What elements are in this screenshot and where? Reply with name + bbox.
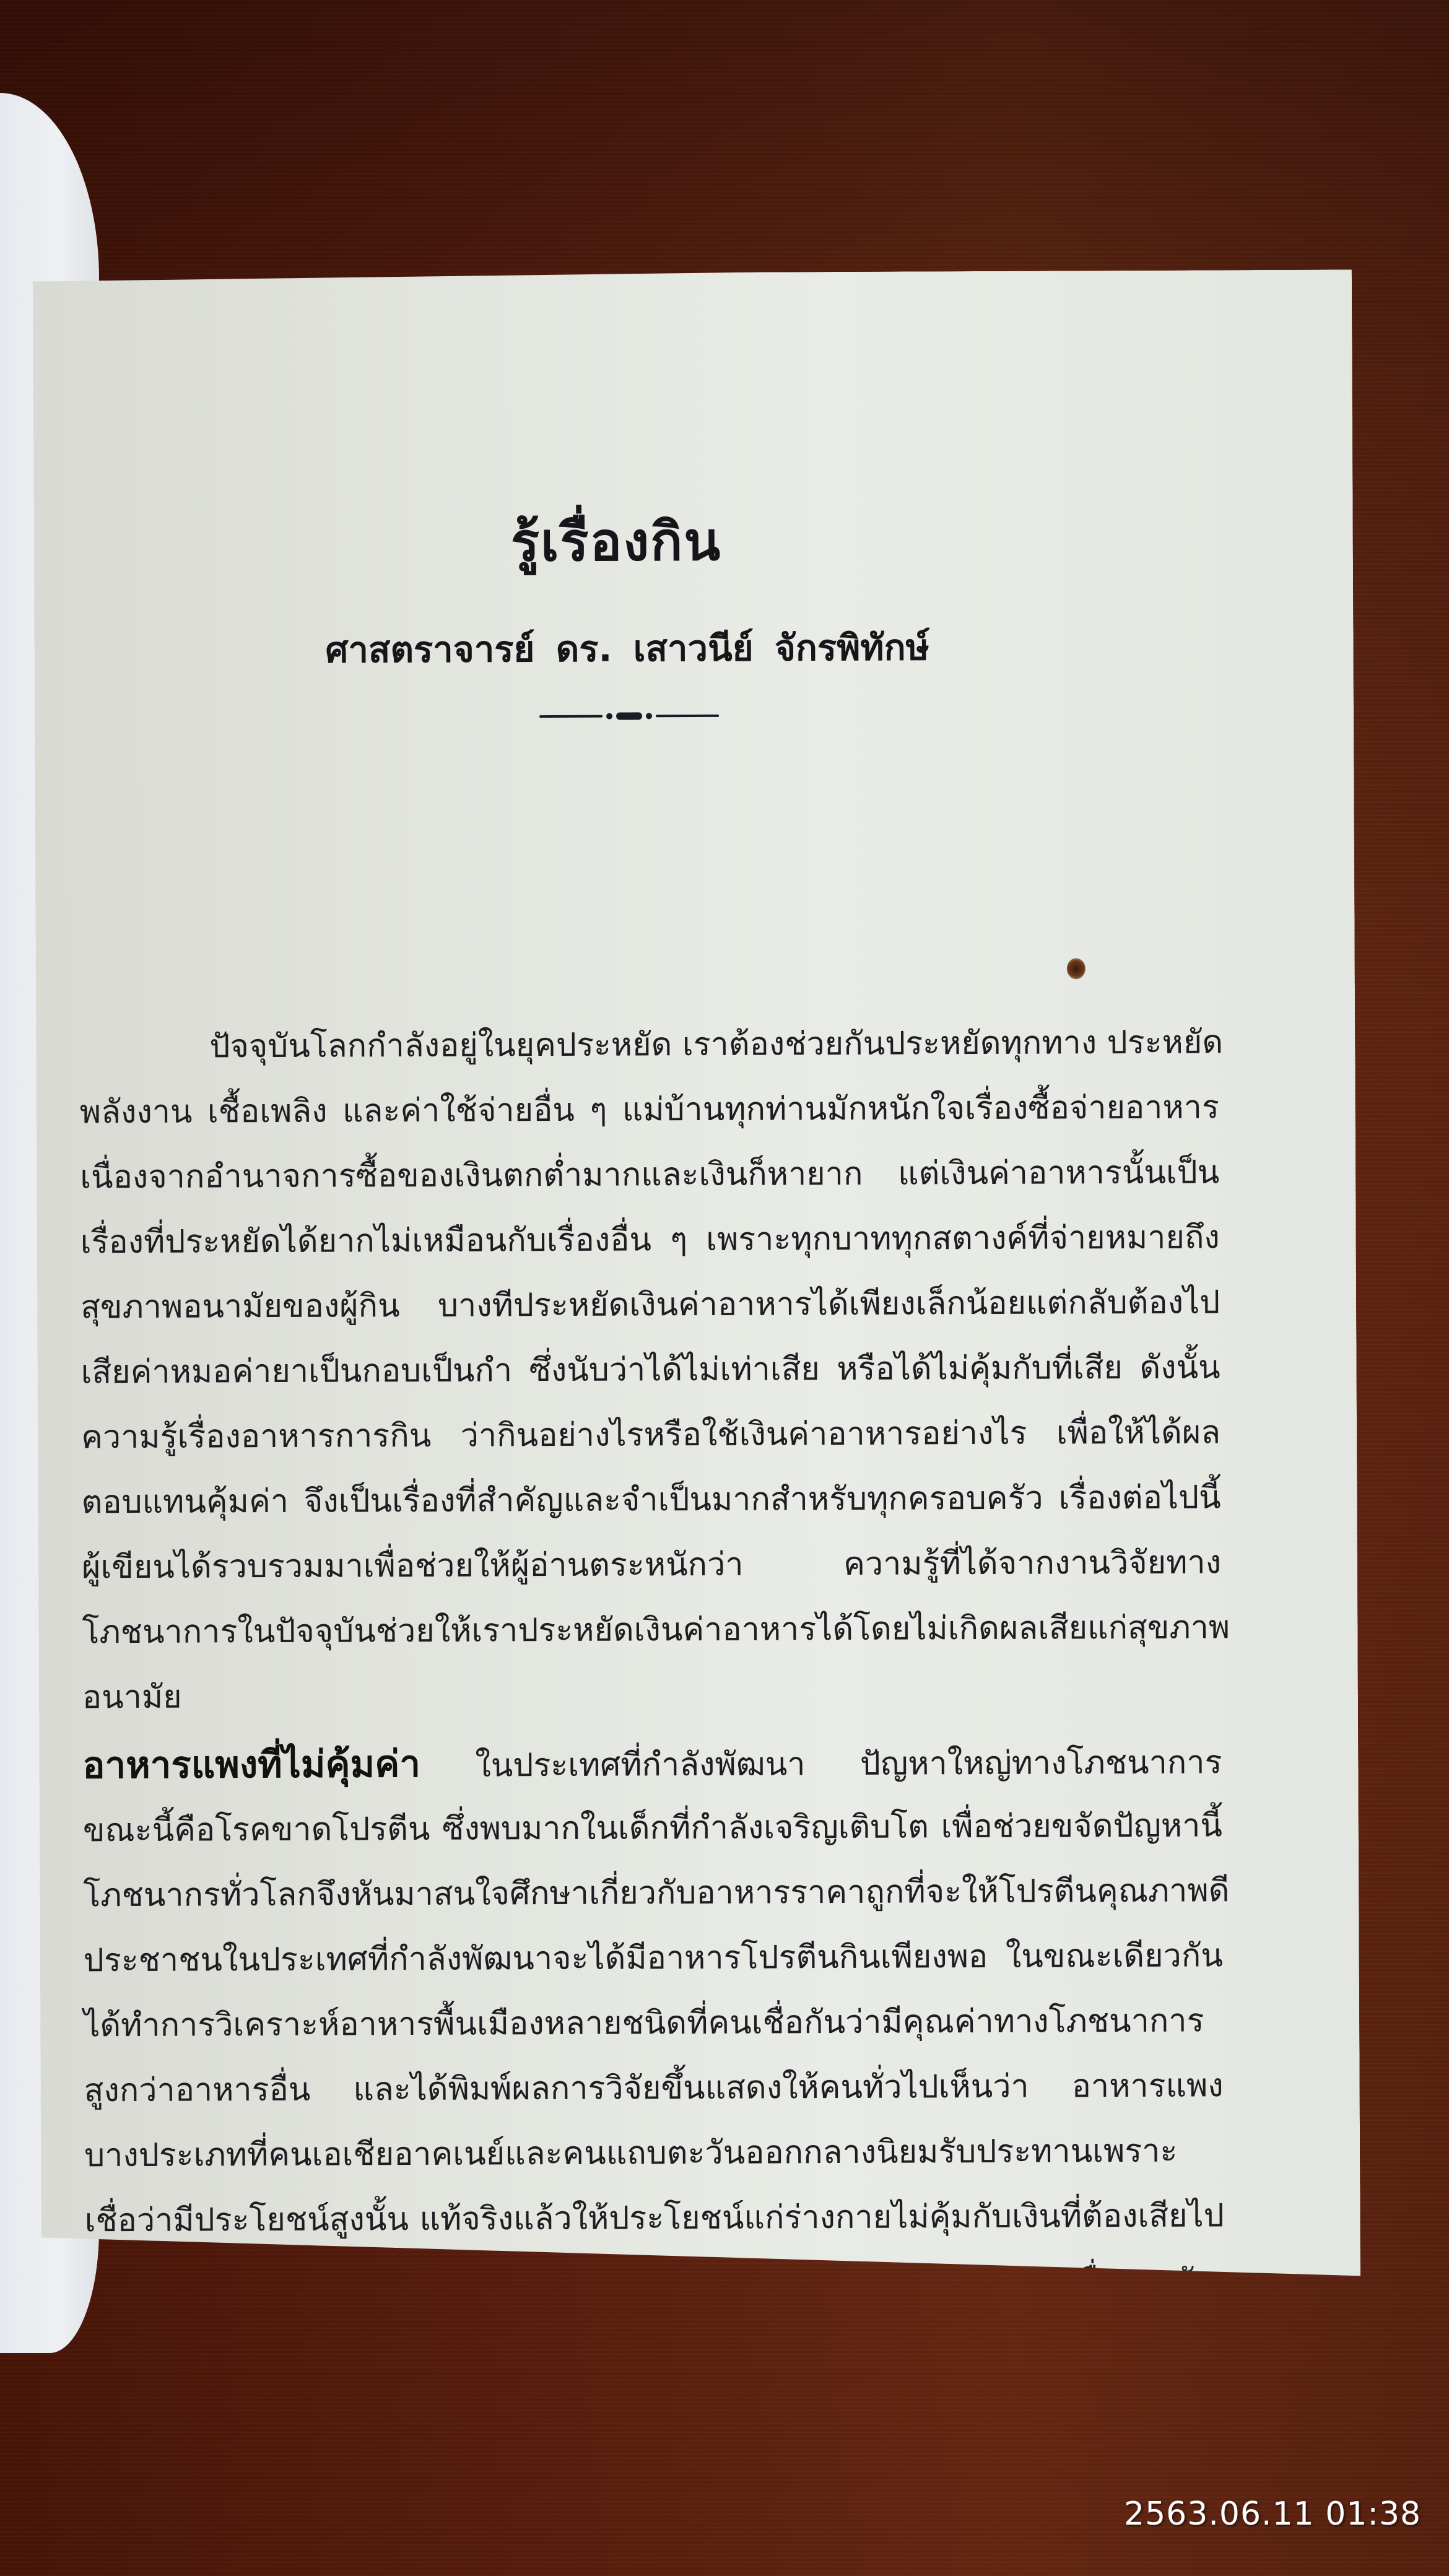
text-line: เสียค่าหมอค่ายาเป็นกอบเป็นกำ ซึ่งนับว่าไ… bbox=[80, 1335, 1220, 1405]
divider-line-right bbox=[656, 715, 719, 717]
divider-line-left bbox=[539, 715, 603, 718]
text-line: ได้ทำการวิเคราะห์อาหารพื้นเมืองหลายชนิดท… bbox=[84, 1988, 1223, 2058]
text-line: ตอบแทนคุ้มค่า จึงเป็นเรื่องที่สำคัญและจำ… bbox=[81, 1465, 1221, 1535]
author-byline: ศาสตราจารย์ ดร. เสาวนีย์ จักรพิทักษ์ bbox=[325, 618, 929, 678]
paper-stain bbox=[1067, 958, 1086, 979]
ornamental-divider bbox=[539, 712, 719, 720]
paragraph-expensive-food: อาหารแพงที่ไม่คุ้มค่า ในประเทศที่กำลังพั… bbox=[82, 1728, 1224, 2318]
text-line: สูงกว่าอาหารอื่น และได้พิมพ์ผลการวิจัยขึ… bbox=[84, 2053, 1224, 2123]
text-line: เชื่อว่ามีประโยชน์สูงนั้น แท้จริงแล้วให้… bbox=[84, 2183, 1224, 2253]
paragraph-intro: ปัจจุบันโลกกำลังอยู่ในยุคประหยัด เราต้อง… bbox=[79, 1010, 1222, 1730]
text-line: ผู้เขียนได้รวบรวมมาเพื่อช่วยให้ผู้อ่านตร… bbox=[82, 1530, 1221, 1600]
divider-dot bbox=[646, 713, 652, 719]
book-page: รู้เรื่องกิน ศาสตราจารย์ ดร. เสาวนีย์ จั… bbox=[33, 269, 1360, 2281]
text-line: ขณะนี้คือโรคขาดโปรตีน ซึ่งพบมากในเด็กที่… bbox=[83, 1793, 1222, 1863]
text-line: ความรู้เรื่องอาหารการกิน ว่ากินอย่างไรหร… bbox=[81, 1400, 1221, 1470]
text-line: โภชนากรทั่วโลกจึงหันมาสนใจศึกษาเกี่ยวกับ… bbox=[83, 1858, 1222, 1928]
text-line-with-heading: อาหารแพงที่ไม่คุ้มค่า ในประเทศที่กำลังพั… bbox=[82, 1728, 1222, 1798]
text-line: อนามัย bbox=[82, 1660, 1222, 1730]
text-line: ประชาชนในประเทศที่กำลังพัฒนาจะได้มีอาหาร… bbox=[84, 1923, 1223, 1993]
page-title: รู้เรื่องกิน bbox=[511, 498, 722, 584]
section-heading: อาหารแพงที่ไม่คุ้มค่า bbox=[82, 1743, 420, 1787]
text-line: เรื่องที่ประหยัดได้ยากไม่เหมือนกับเรื่อง… bbox=[80, 1205, 1220, 1275]
photo-timestamp: 2563.06.11 01:38 bbox=[1124, 2495, 1421, 2533]
text-line: พลังงาน เชื้อเพลิง และค่าใช้จ่ายอื่น ๆ แ… bbox=[80, 1075, 1219, 1145]
text-line: เนื่องจากอำนาจการซื้อของเงินตกต่ำมากและเ… bbox=[80, 1140, 1219, 1210]
divider-dot bbox=[606, 713, 612, 720]
text-line: สุขภาพอนามัยของผู้กิน บางทีประหยัดเงินค่… bbox=[80, 1270, 1220, 1340]
text-line: บางประเภทที่คนเอเชียอาคเนย์และคนแถบตะวัน… bbox=[84, 2118, 1224, 2188]
text-line: ปัจจุบันโลกกำลังอยู่ในยุคประหยัด เราต้อง… bbox=[79, 1010, 1219, 1080]
text-line: โภชนาการในปัจจุบันช่วยให้เราประหยัดเงินค… bbox=[82, 1595, 1221, 1665]
text-span: ในประเทศที่กำลังพัฒนา ปัญหาใหญ่ทางโภชนาก… bbox=[475, 1744, 1222, 1784]
divider-center-ornament bbox=[616, 712, 642, 720]
